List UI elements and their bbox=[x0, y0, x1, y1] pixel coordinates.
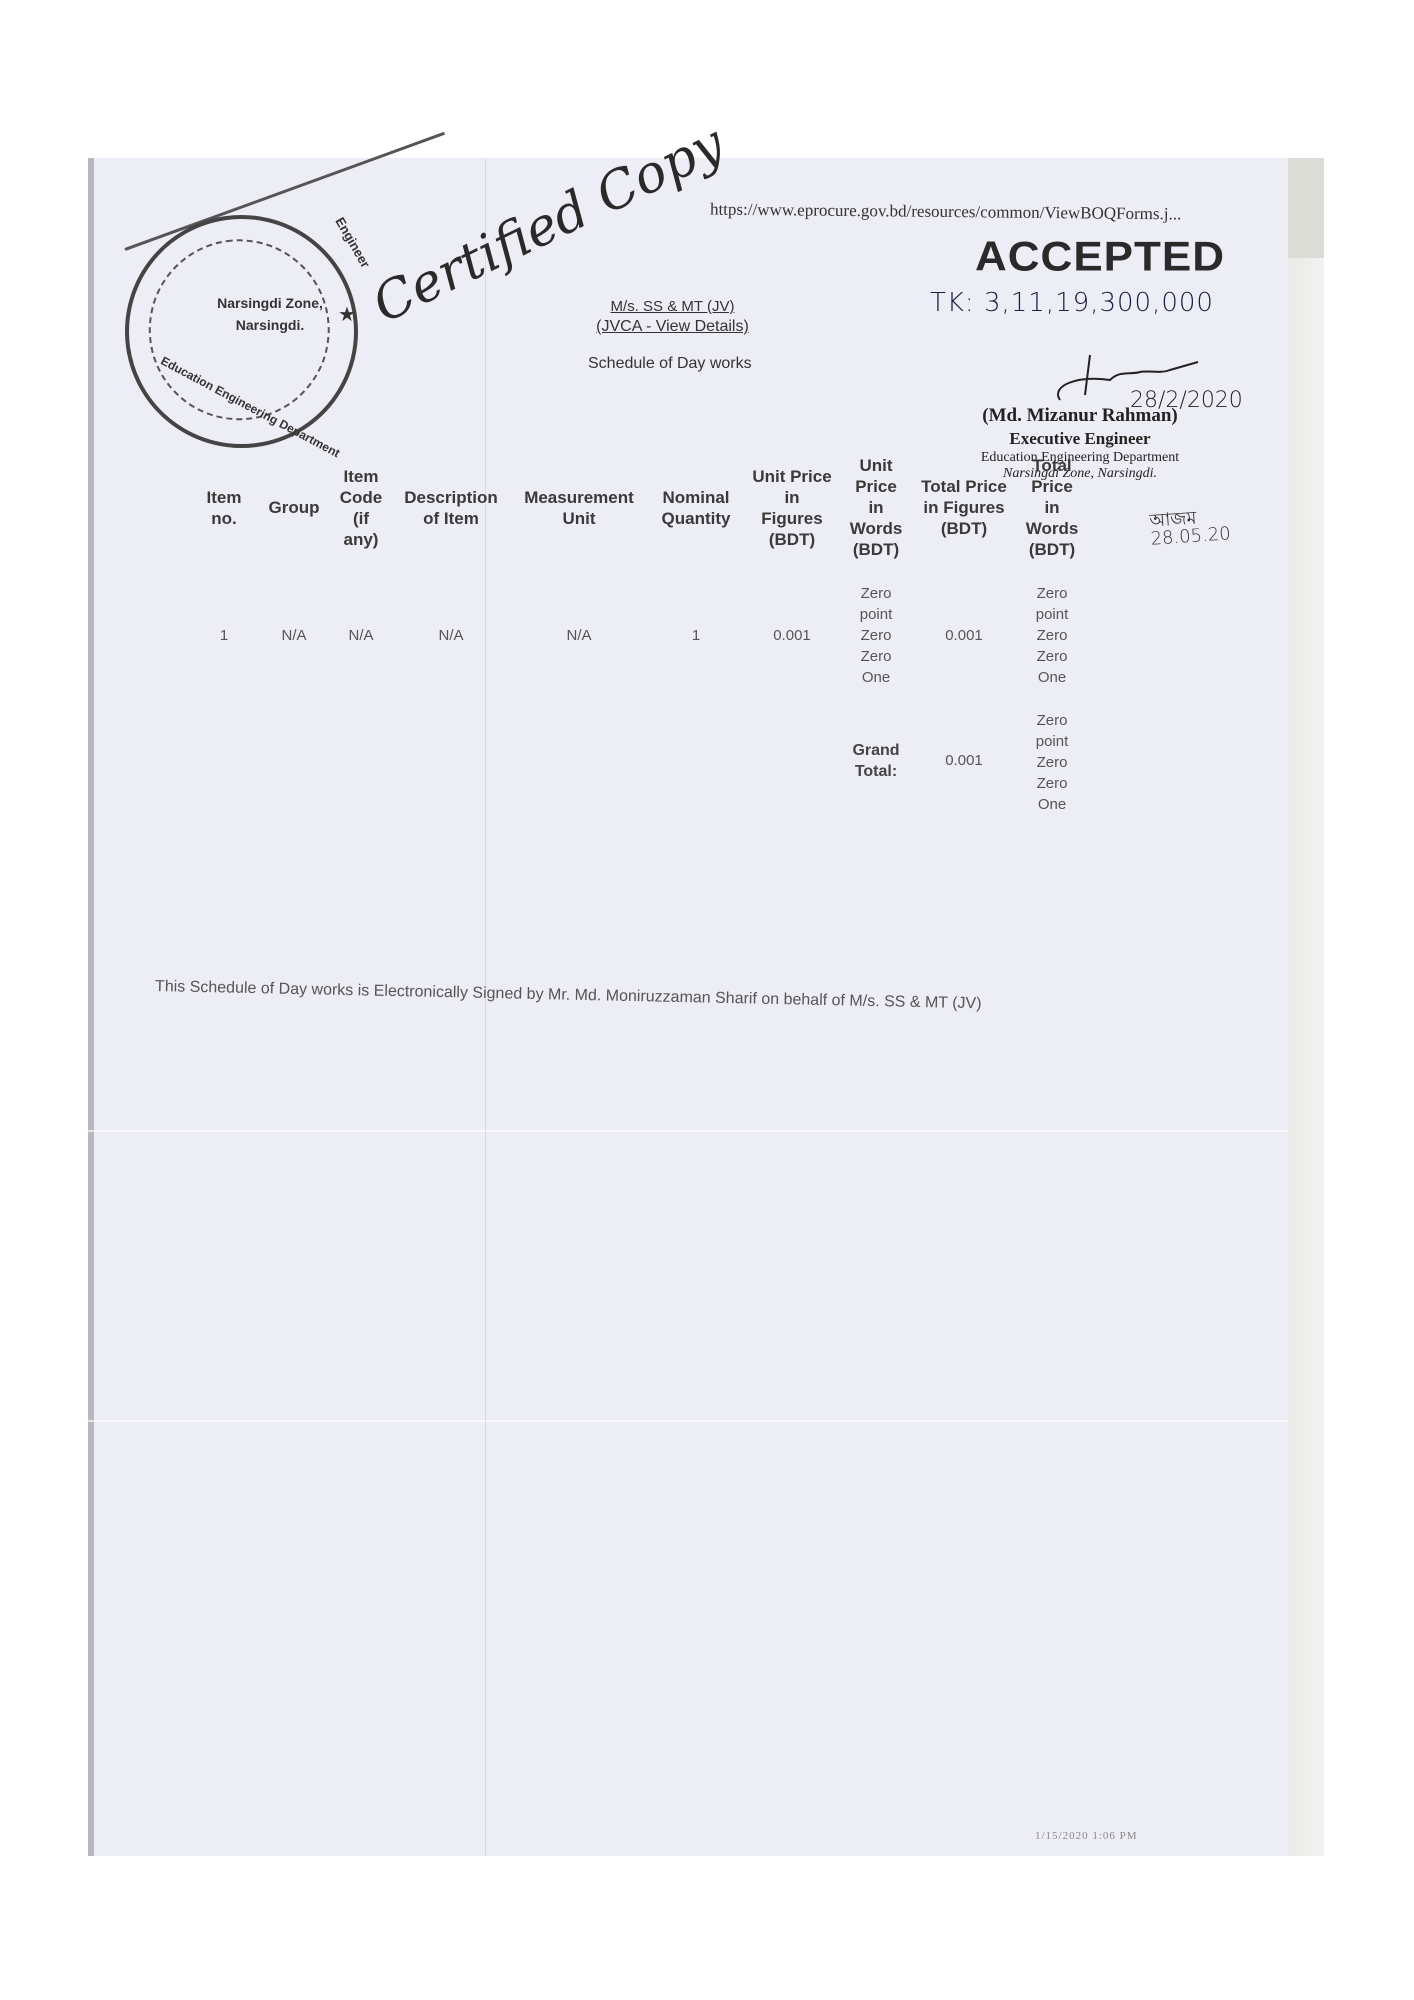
firm-block: M/s. SS & MT (JV) (JVCA - View Details) bbox=[575, 297, 770, 337]
crease-line bbox=[485, 158, 486, 1856]
cell-unit-price-figures: 0.001 bbox=[744, 560, 840, 710]
accepted-amount: TK: 3,11,19,300,000 bbox=[930, 288, 1214, 318]
col-item-code: Item Code (if any) bbox=[330, 455, 392, 560]
cell-description: N/A bbox=[392, 560, 510, 710]
cell-group: N/A bbox=[258, 560, 330, 710]
cell-total-price-figures: 0.001 bbox=[912, 560, 1016, 710]
col-item-no: Item no. bbox=[190, 455, 258, 560]
col-unit-price-figures: Unit Price in Figures (BDT) bbox=[744, 455, 840, 560]
handwritten-note: আজম 28.05.20 bbox=[1149, 507, 1231, 549]
grand-total-row: Grand Total: 0.001 Zero point Zero Zero … bbox=[190, 710, 1088, 870]
boq-table: Item no. Group Item Code (if any) Descri… bbox=[190, 455, 1088, 870]
grand-total-figures: 0.001 bbox=[912, 710, 1016, 870]
fold-line bbox=[88, 1420, 1288, 1422]
accepted-stamp: ACCEPTED bbox=[975, 233, 1225, 281]
cell-item-code: N/A bbox=[330, 560, 392, 710]
col-group: Group bbox=[258, 455, 330, 560]
col-measurement-unit: Measurement Unit bbox=[510, 455, 648, 560]
col-nominal-quantity: Nominal Quantity bbox=[648, 455, 744, 560]
table-header-row: Item no. Group Item Code (if any) Descri… bbox=[190, 455, 1088, 560]
seal-line-2: Narsingdi. bbox=[195, 314, 345, 336]
jvca-view-details-link[interactable]: (JVCA - View Details) bbox=[575, 317, 770, 337]
fold-line bbox=[88, 1130, 1288, 1132]
star-icon: ★ bbox=[338, 302, 356, 327]
grand-total-words: Zero point Zero Zero One bbox=[1027, 710, 1077, 815]
col-description: Description of Item bbox=[392, 455, 510, 560]
print-timestamp: 1/15/2020 1:06 PM bbox=[1035, 1830, 1138, 1842]
col-unit-price-words: Unit Price in Words (BDT) bbox=[840, 455, 912, 560]
cell-item-no: 1 bbox=[190, 560, 258, 710]
col-total-price-words: Total Price in Words (BDT) bbox=[1016, 455, 1088, 560]
grand-total-label: Grand Total: bbox=[840, 710, 912, 870]
seal-center-text: Narsingdi Zone, Narsingdi. bbox=[195, 292, 345, 336]
signatory-title: Executive Engineer bbox=[955, 429, 1205, 449]
cell-nominal-quantity: 1 bbox=[648, 560, 744, 710]
document-title: Schedule of Day works bbox=[588, 355, 752, 373]
page-edge bbox=[1288, 158, 1324, 1856]
col-total-price-figures: Total Price in Figures (BDT) bbox=[912, 455, 1016, 560]
cell-total-price-words: Zero point Zero Zero One bbox=[1027, 583, 1077, 688]
seal-line-1: Narsingdi Zone, bbox=[195, 292, 345, 314]
table-row: 1 N/A N/A N/A N/A 1 0.001 Zero point Zer… bbox=[190, 560, 1088, 710]
signatory-name: (Md. Mizanur Rahman) bbox=[955, 405, 1205, 427]
cell-measurement-unit: N/A bbox=[510, 560, 648, 710]
cell-unit-price-words: Zero point Zero Zero One bbox=[851, 583, 901, 688]
firm-name-link[interactable]: M/s. SS & MT (JV) bbox=[575, 297, 770, 317]
